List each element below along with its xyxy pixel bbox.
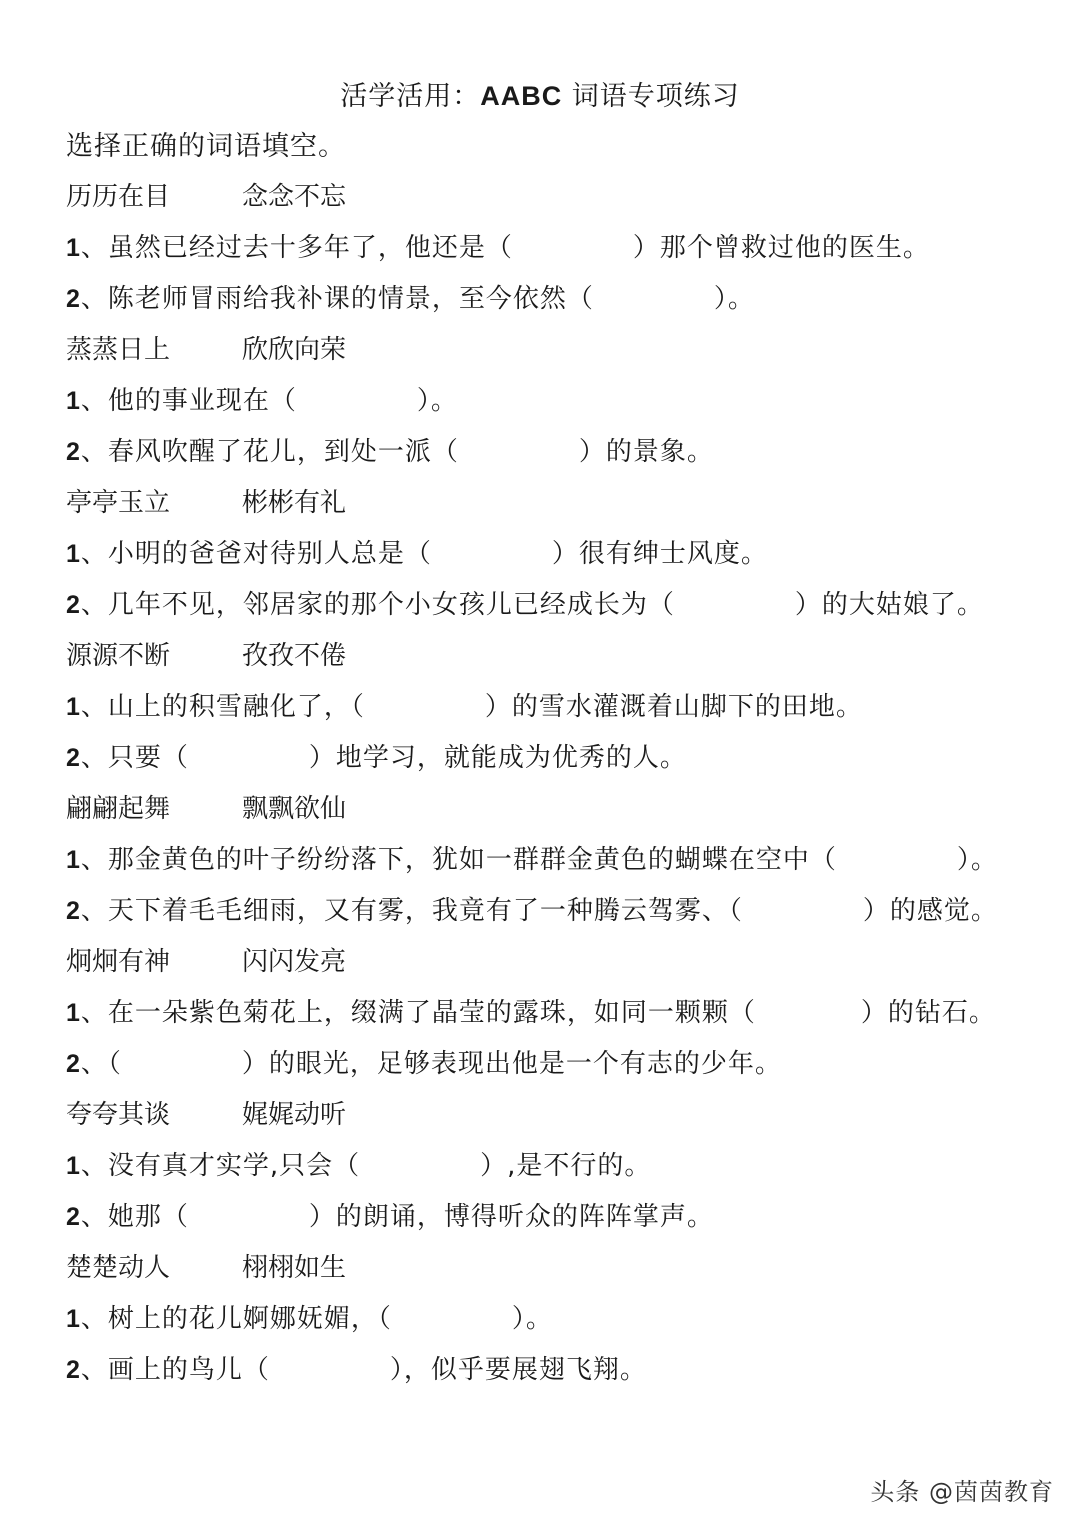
exercise-group: 蒸蒸日上欣欣向荣1、他的事业现在（ ）。2、春风吹醒了花儿，到处一派（ ）的景象… — [66, 330, 1046, 483]
question-number: 2 — [66, 438, 81, 466]
sentence-after-blank: ）地学习，就能成为优秀的人。 — [309, 743, 687, 773]
answer-blank[interactable] — [270, 1350, 390, 1390]
fill-blank-sentence: 1、在一朵紫色菊花上，缀满了晶莹的露珠，如同一颗颗（ ）的钻石。 — [66, 993, 1046, 1044]
answer-blank[interactable] — [360, 1146, 480, 1186]
word-choice: 闪闪发亮 — [242, 942, 346, 982]
word-choices: 翩翩起舞飘飘欲仙 — [66, 789, 1046, 840]
sentence-after-blank: ）的钻石。 — [861, 998, 996, 1028]
sentence-before-blank: 、山上的积雪融化了，（ — [81, 692, 365, 722]
sentence-after-blank: ）。 — [512, 1304, 553, 1334]
watermark: 头条 @茵茵教育 — [870, 1472, 1054, 1507]
answer-blank[interactable] — [297, 381, 417, 421]
word-choice: 欣欣向荣 — [242, 330, 346, 370]
word-choice: 炯炯有神 — [66, 942, 242, 982]
fill-blank-sentence: 2、只要（ ）地学习，就能成为优秀的人。 — [66, 738, 1046, 789]
exercise-group: 炯炯有神闪闪发亮1、在一朵紫色菊花上，缀满了晶莹的露珠，如同一颗颗（ ）的钻石。… — [66, 942, 1046, 1095]
word-choice: 夸夸其谈 — [66, 1095, 242, 1135]
fill-blank-sentence: 2、陈老师冒雨给我补课的情景，至今依然（ ）。 — [66, 279, 1046, 330]
fill-blank-sentence: 2、（ ）的眼光，足够表现出他是一个有志的少年。 — [66, 1044, 1046, 1095]
exercise-group: 亭亭玉立彬彬有礼1、小明的爸爸对待别人总是（ ）很有绅士风度。2、几年不见，邻居… — [66, 483, 1046, 636]
word-choice: 飘飘欲仙 — [242, 789, 346, 829]
sentence-after-blank: ）的感觉。 — [863, 896, 998, 926]
fill-blank-sentence: 2、天下着毛毛细雨，又有雾，我竟有了一种腾云驾雾、（ ）的感觉。 — [66, 891, 1046, 942]
fill-blank-sentence: 2、春风吹醒了花儿，到处一派（ ）的景象。 — [66, 432, 1046, 483]
question-number: 2 — [66, 1050, 81, 1078]
word-choices: 蒸蒸日上欣欣向荣 — [66, 330, 1046, 381]
answer-blank[interactable] — [743, 891, 863, 931]
word-choice: 历历在目 — [66, 177, 242, 217]
answer-blank[interactable] — [189, 1197, 309, 1237]
word-choice: 孜孜不倦 — [242, 636, 346, 676]
answer-blank[interactable] — [122, 1044, 242, 1084]
fill-blank-sentence: 1、虽然已经过去十多年了，他还是（ ）那个曾救过他的医生。 — [66, 228, 1046, 279]
question-number: 1 — [66, 1152, 81, 1180]
sentence-before-blank: 、天下着毛毛细雨，又有雾，我竟有了一种腾云驾雾、（ — [81, 896, 743, 926]
question-number: 1 — [66, 1305, 81, 1333]
question-number: 1 — [66, 234, 81, 262]
instruction: 选择正确的词语填空。 — [66, 127, 346, 167]
question-number: 1 — [66, 693, 81, 721]
word-choice: 蒸蒸日上 — [66, 330, 242, 370]
word-choices: 楚楚动人栩栩如生 — [66, 1248, 1046, 1299]
sentence-before-blank: 、虽然已经过去十多年了，他还是（ — [81, 233, 513, 263]
sentence-after-blank: ）。 — [417, 386, 458, 416]
sentence-before-blank: 、几年不见，邻居家的那个小女孩儿已经成长为（ — [81, 590, 675, 620]
title-latin: AABC — [480, 81, 562, 111]
word-choice: 娓娓动听 — [242, 1095, 346, 1135]
word-choice: 彬彬有礼 — [242, 483, 346, 523]
answer-blank[interactable] — [459, 432, 579, 472]
sentence-after-blank: ）。 — [957, 845, 998, 875]
sentence-after-blank: ），似乎要展翅飞翔。 — [390, 1355, 647, 1385]
word-choice: 亭亭玉立 — [66, 483, 242, 523]
word-choices: 炯炯有神闪闪发亮 — [66, 942, 1046, 993]
sentence-before-blank: 、画上的鸟儿（ — [81, 1355, 270, 1385]
sentence-before-blank: 、只要（ — [81, 743, 189, 773]
answer-blank[interactable] — [365, 687, 485, 727]
word-choice: 栩栩如生 — [242, 1248, 346, 1288]
fill-blank-sentence: 2、几年不见，邻居家的那个小女孩儿已经成长为（ ）的大姑娘了。 — [66, 585, 1046, 636]
word-choices: 历历在目念念不忘 — [66, 177, 1046, 228]
answer-blank[interactable] — [675, 585, 795, 625]
fill-blank-sentence: 1、小明的爸爸对待别人总是（ ）很有绅士风度。 — [66, 534, 1046, 585]
question-number: 2 — [66, 591, 81, 619]
word-choices: 源源不断孜孜不倦 — [66, 636, 1046, 687]
sentence-before-blank: 、她那（ — [81, 1202, 189, 1232]
sentence-before-blank: 、没有真才实学,只会（ — [81, 1151, 360, 1181]
sentence-after-blank: ）那个曾救过他的医生。 — [633, 233, 930, 263]
exercise-group: 夸夸其谈娓娓动听1、没有真才实学,只会（ ）,是不行的。2、她那（ ）的朗诵，博… — [66, 1095, 1046, 1248]
fill-blank-sentence: 1、没有真才实学,只会（ ）,是不行的。 — [66, 1146, 1046, 1197]
sentence-after-blank: ）,是不行的。 — [480, 1151, 651, 1181]
exercise-group: 翩翩起舞飘飘欲仙1、那金黄色的叶子纷纷落下，犹如一群群金黄色的蝴蝶在空中（ ）。… — [66, 789, 1046, 942]
question-number: 2 — [66, 1356, 81, 1384]
title-prefix: 活学活用： — [340, 81, 480, 112]
question-number: 1 — [66, 387, 81, 415]
fill-blank-sentence: 2、画上的鸟儿（ ），似乎要展翅飞翔。 — [66, 1350, 1046, 1401]
word-choice: 念念不忘 — [242, 177, 346, 217]
sentence-after-blank: ）的大姑娘了。 — [795, 590, 984, 620]
question-number: 2 — [66, 744, 81, 772]
exercise-group: 楚楚动人栩栩如生1、树上的花儿婀娜妩媚，（ ）。2、画上的鸟儿（ ），似乎要展翅… — [66, 1248, 1046, 1401]
sentence-after-blank: ）的朗诵，博得听众的阵阵掌声。 — [309, 1202, 714, 1232]
sentence-before-blank: 、他的事业现在（ — [81, 386, 297, 416]
fill-blank-sentence: 1、他的事业现在（ ）。 — [66, 381, 1046, 432]
fill-blank-sentence: 1、那金黄色的叶子纷纷落下，犹如一群群金黄色的蝴蝶在空中（ ）。 — [66, 840, 1046, 891]
answer-blank[interactable] — [756, 993, 861, 1033]
fill-blank-sentence: 1、山上的积雪融化了，（ ）的雪水灌溉着山脚下的田地。 — [66, 687, 1046, 738]
sentence-before-blank: 、陈老师冒雨给我补课的情景，至今依然（ — [81, 284, 594, 314]
page-title: 活学活用：AABC 词语专项练习 — [0, 76, 1080, 117]
sentence-before-blank: 、（ — [81, 1049, 122, 1079]
answer-blank[interactable] — [432, 534, 552, 574]
question-number: 2 — [66, 897, 81, 925]
word-choices: 亭亭玉立彬彬有礼 — [66, 483, 1046, 534]
title-suffix: 词语专项练习 — [562, 81, 740, 112]
sentence-after-blank: ）的景象。 — [579, 437, 714, 467]
sentence-before-blank: 、在一朵紫色菊花上，缀满了晶莹的露珠，如同一颗颗（ — [81, 998, 756, 1028]
sentence-before-blank: 、小明的爸爸对待别人总是（ — [81, 539, 432, 569]
exercise-group: 历历在目念念不忘1、虽然已经过去十多年了，他还是（ ）那个曾救过他的医生。2、陈… — [66, 177, 1046, 330]
sentence-before-blank: 、春风吹醒了花儿，到处一派（ — [81, 437, 459, 467]
word-choice: 翩翩起舞 — [66, 789, 242, 829]
answer-blank[interactable] — [837, 840, 957, 880]
exercise-group: 源源不断孜孜不倦1、山上的积雪融化了，（ ）的雪水灌溉着山脚下的田地。2、只要（… — [66, 636, 1046, 789]
sentence-before-blank: 、树上的花儿婀娜妩媚，（ — [81, 1304, 392, 1334]
answer-blank[interactable] — [513, 228, 633, 268]
question-number: 1 — [66, 540, 81, 568]
sentence-after-blank: ）很有绅士风度。 — [552, 539, 768, 569]
fill-blank-sentence: 1、树上的花儿婀娜妩媚，（ ）。 — [66, 1299, 1046, 1350]
question-number: 2 — [66, 285, 81, 313]
answer-blank[interactable] — [594, 279, 714, 319]
sentence-after-blank: ）。 — [714, 284, 755, 314]
answer-blank[interactable] — [189, 738, 309, 778]
sentence-before-blank: 、那金黄色的叶子纷纷落下，犹如一群群金黄色的蝴蝶在空中（ — [81, 845, 837, 875]
question-number: 2 — [66, 1203, 81, 1231]
word-choice: 源源不断 — [66, 636, 242, 676]
word-choice: 楚楚动人 — [66, 1248, 242, 1288]
question-number: 1 — [66, 846, 81, 874]
sentence-after-blank: ）的眼光，足够表现出他是一个有志的少年。 — [242, 1049, 782, 1079]
answer-blank[interactable] — [392, 1299, 512, 1339]
sentence-after-blank: ）的雪水灌溉着山脚下的田地。 — [485, 692, 863, 722]
fill-blank-sentence: 2、她那（ ）的朗诵，博得听众的阵阵掌声。 — [66, 1197, 1046, 1248]
word-choices: 夸夸其谈娓娓动听 — [66, 1095, 1046, 1146]
question-number: 1 — [66, 999, 81, 1027]
